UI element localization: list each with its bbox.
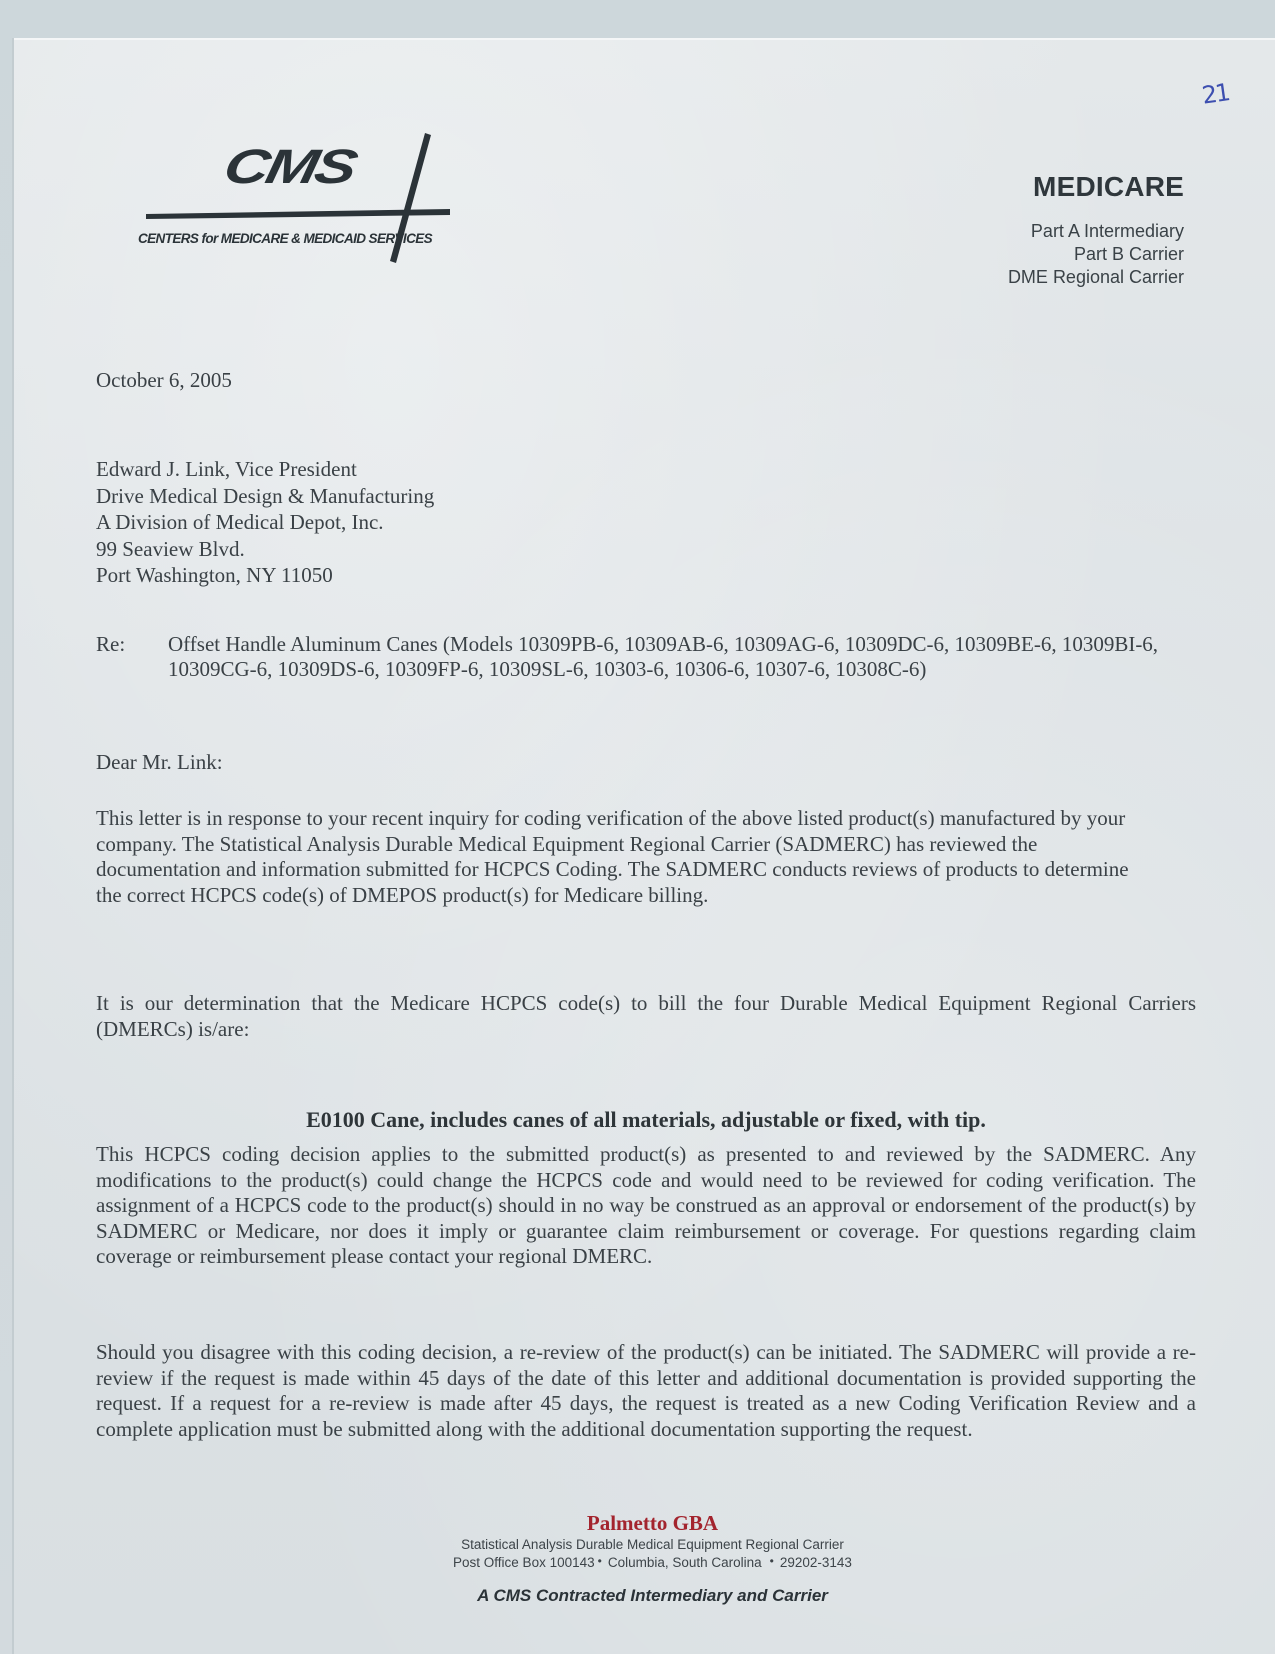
body-paragraph-1: This letter is in response to your recen… bbox=[96, 806, 1156, 908]
footer-po-box: Post Office Box 100143 bbox=[453, 1555, 595, 1570]
footer-tagline: A CMS Contracted Intermediary and Carrie… bbox=[0, 1586, 1275, 1606]
header-line-part-a: Part A Intermediary bbox=[1008, 220, 1184, 243]
body-paragraph-4: Should you disagree with this coding dec… bbox=[96, 1340, 1196, 1442]
recipient-line: 99 Seaview Blvd. bbox=[96, 536, 434, 563]
header-line-dme: DME Regional Carrier bbox=[1008, 266, 1184, 289]
medicare-header: MEDICARE Part A Intermediary Part B Carr… bbox=[1008, 170, 1184, 289]
handwritten-page-number: 21 bbox=[1200, 78, 1230, 109]
footer-city: Columbia, South Carolina bbox=[608, 1555, 762, 1570]
header-line-part-b: Part B Carrier bbox=[1008, 243, 1184, 266]
footer-org-name: Palmetto GBA bbox=[0, 1510, 1275, 1536]
recipient-line: A Division of Medical Depot, Inc. bbox=[96, 509, 434, 536]
subject-label: Re: bbox=[96, 632, 125, 657]
footer-zip: 29202-3143 bbox=[780, 1555, 852, 1570]
recipient-line: Edward J. Link, Vice President bbox=[96, 456, 434, 483]
footer-address: Post Office Box 100143•Columbia, South C… bbox=[0, 1554, 1275, 1572]
cms-wordmark: CMS bbox=[220, 143, 359, 191]
recipient-line: Drive Medical Design & Manufacturing bbox=[96, 483, 434, 510]
cms-subtitle: CENTERS for MEDICARE & MEDICAID SERVICES bbox=[138, 231, 432, 246]
bullet-separator-icon: • bbox=[598, 1554, 602, 1568]
letter-date: October 6, 2005 bbox=[96, 368, 232, 393]
salutation: Dear Mr. Link: bbox=[96, 750, 223, 775]
body-paragraph-2: It is our determination that the Medicar… bbox=[96, 991, 1196, 1042]
cms-logo: CMS CENTERS for MEDICARE & MEDICAID SERV… bbox=[138, 133, 468, 263]
hcpcs-code-line: E0100 Cane, includes canes of all materi… bbox=[96, 1107, 1196, 1133]
recipient-address: Edward J. Link, Vice President Drive Med… bbox=[96, 456, 434, 589]
footer-subtitle: Statistical Analysis Durable Medical Equ… bbox=[0, 1536, 1275, 1554]
letterhead-footer: Palmetto GBA Statistical Analysis Durabl… bbox=[0, 1510, 1275, 1606]
body-paragraph-3: This HCPCS coding decision applies to th… bbox=[96, 1142, 1196, 1270]
bullet-separator-icon: • bbox=[770, 1554, 774, 1568]
subject-text: Offset Handle Aluminum Canes (Models 103… bbox=[168, 632, 1188, 682]
medicare-title: MEDICARE bbox=[1008, 170, 1184, 204]
recipient-line: Port Washington, NY 11050 bbox=[96, 562, 434, 589]
